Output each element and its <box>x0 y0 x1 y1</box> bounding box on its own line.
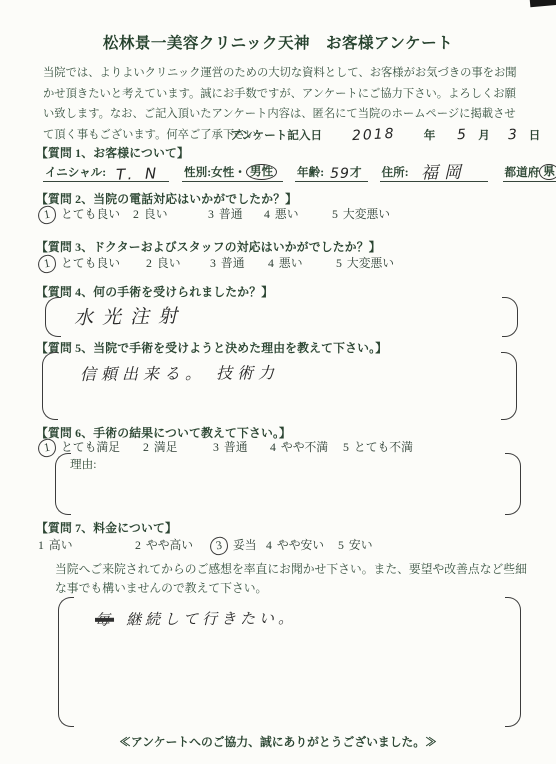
q2-option-5: 5大変悪い <box>332 205 390 222</box>
q5-answer-bracket-right <box>501 352 517 420</box>
q7-option-3: 3妥当 <box>210 536 257 555</box>
q7-option-2-label: やや高い <box>146 538 193 552</box>
thank-you-footer: ≪アンケートへのご協力、誠にありがとうございました。≫ <box>0 733 556 750</box>
q5-answer-handwritten: 信頼出来る。 技術力 <box>80 360 279 385</box>
age-label: 年齢: <box>297 164 324 180</box>
address-label: 住所: <box>382 164 409 180</box>
q7-option-4-num: 4 <box>266 538 272 552</box>
q6-reason-bracket-right <box>505 453 521 515</box>
q3-option-2: 2良い <box>146 254 181 271</box>
q3-selection-circle-mark: 1 <box>37 254 58 275</box>
age-handwritten: 59 <box>330 169 350 180</box>
q2-option-1-label: とても良い <box>61 207 120 221</box>
q7-option-5-label: 安い <box>349 538 373 552</box>
q3-option-1-label: とても良い <box>61 256 120 270</box>
q4-heading: 【質問 4、何の手術を受けられましたか？】 <box>36 283 273 300</box>
q4-answer-handwritten: 水光注射 <box>74 301 186 330</box>
q7-options-row: 1高い 2やや高い 3妥当 4やや安い 5安い <box>38 536 543 556</box>
q1-answer-line: イニシャル: T. N 性別:女性・ 男性 年齢: 59 才 住所: 福岡 都道… <box>43 158 556 182</box>
address-handwritten: 福岡 <box>420 167 466 181</box>
q2-option-5-label: 大変悪い <box>343 207 390 221</box>
q3-options-row: 1とても良い 2良い 3普通 4悪い 5大変悪い <box>38 254 543 274</box>
address-field: 住所: 福岡 <box>380 164 488 182</box>
q3-option-1: 1とても良い <box>38 254 120 273</box>
q3-option-2-label: 良い <box>157 256 181 270</box>
initials-label: イニシャル: <box>45 164 106 180</box>
scanned-survey-form: 松林景一美容クリニック天神 お客様アンケート 当院では、よりよいクリニック運営の… <box>0 0 556 764</box>
q3-option-2-num: 2 <box>146 256 152 270</box>
q3-option-4-num: 4 <box>268 256 274 270</box>
q6-option-2: 2満足 <box>143 438 178 455</box>
comments-answer-handwritten: 毎継続して行きたい。 <box>95 607 297 630</box>
q3-option-3: 3普通 <box>210 254 245 271</box>
q6-selection-circle-mark: 1 <box>37 438 58 459</box>
date-year-handwritten: 2018 <box>352 128 396 142</box>
q6-option-5-label: とても不満 <box>354 440 413 454</box>
q6-option-3-label: 普通 <box>224 440 248 454</box>
q6-option-1: 1とても満足 <box>38 438 120 457</box>
comments-answer-text: 継続して行きたい。 <box>126 609 297 628</box>
date-month-unit: 月 <box>478 127 490 143</box>
q2-option-2-label: 良い <box>144 207 168 221</box>
q3-option-3-label: 普通 <box>221 256 245 270</box>
q2-option-4: 4悪い <box>264 205 299 222</box>
age-field: 年齢: 59 才 <box>295 164 368 182</box>
form-title: 松林景一美容クリニック天神 お客様アンケート <box>0 31 556 53</box>
q7-option-1-num: 1 <box>38 538 44 552</box>
q3-option-5: 5大変悪い <box>336 254 394 271</box>
q3-option-3-num: 3 <box>210 256 216 270</box>
q7-option-2-num: 2 <box>135 538 141 552</box>
date-label: アンケート記入日 <box>230 127 322 143</box>
q4-answer-bracket-right <box>502 297 518 337</box>
q2-option-4-num: 4 <box>264 207 270 221</box>
q2-option-2: 2良い <box>133 205 168 222</box>
q2-selection-circle-mark: 1 <box>37 205 58 226</box>
gender-selection-circle-mark: 男性 <box>246 164 277 180</box>
q2-option-3-num: 3 <box>208 207 214 221</box>
comments-prompt: 当院へご来院されてからのご感想を率直にお聞かせ下さい。また、要望や改善点など些細… <box>55 560 527 598</box>
q3-heading: 【質問 3、ドクターおよびスタッフの対応はいかがでしたか？】 <box>36 238 381 255</box>
q6-option-3-num: 3 <box>213 440 219 454</box>
prefecture-selection-circle-mark: 県 <box>539 164 556 180</box>
q6-option-2-num: 2 <box>143 440 149 454</box>
q2-option-4-label: 悪い <box>275 207 299 221</box>
q2-option-5-num: 5 <box>332 207 338 221</box>
q2-options-row: 1とても良い 2良い 3普通 4悪い 5大変悪い <box>38 205 543 225</box>
q3-option-5-label: 大変悪い <box>347 256 394 270</box>
crossed-out-character: 毎 <box>95 611 114 629</box>
q6-options-row: 1とても満足 2満足 3普通 4やや不満 5とても不満 <box>38 438 543 458</box>
q3-option-4: 4悪い <box>268 254 303 271</box>
initials-handwritten: T. N <box>116 167 161 181</box>
initials-field: イニシャル: T. N <box>43 164 169 182</box>
q6-option-4-num: 4 <box>270 440 276 454</box>
q7-option-4: 4やや安い <box>266 536 324 553</box>
q7-option-3-label: 妥当 <box>233 538 257 552</box>
q6-option-4-label: やや不満 <box>281 440 328 454</box>
scan-corner-artifact <box>530 0 556 7</box>
q7-option-2: 2やや高い <box>135 536 193 553</box>
prefecture-field: 都道府 県 <box>503 164 556 182</box>
age-unit: 才 <box>350 164 362 180</box>
date-day-unit: 日 <box>529 127 541 143</box>
q7-option-1: 1高い <box>38 536 73 553</box>
q7-option-5-num: 5 <box>338 538 344 552</box>
q4-answer-bracket-left <box>45 297 61 337</box>
q7-selection-circle-mark: 3 <box>209 536 230 557</box>
date-month-handwritten: 5 <box>457 129 469 142</box>
q7-option-5: 5安い <box>338 536 373 553</box>
q2-option-3: 3普通 <box>208 205 243 222</box>
q6-option-2-label: 満足 <box>154 440 178 454</box>
q7-heading: 【質問 7、料金について】 <box>36 519 177 536</box>
survey-date-line: アンケート記入日 2018 年 5 月 3 日 <box>230 127 540 143</box>
q6-option-4: 4やや不満 <box>270 438 328 455</box>
q6-reason-bracket-left <box>55 453 71 515</box>
q6-option-5: 5とても不満 <box>343 438 413 455</box>
prefecture-label: 都道府 <box>505 164 540 180</box>
q2-option-3-label: 普通 <box>219 207 243 221</box>
q2-option-2-num: 2 <box>133 207 139 221</box>
date-year-unit: 年 <box>424 127 436 143</box>
q7-option-4-label: やや安い <box>277 538 324 552</box>
q6-option-3: 3普通 <box>213 438 248 455</box>
q6-reason-label: 理由: <box>70 456 96 472</box>
q3-option-4-label: 悪い <box>279 256 303 270</box>
q5-answer-bracket-left <box>42 352 58 420</box>
q3-option-5-num: 5 <box>336 256 342 270</box>
q6-option-5-num: 5 <box>343 440 349 454</box>
gender-label: 性別:女性・ <box>184 164 246 180</box>
q2-option-1: 1とても良い <box>38 205 120 224</box>
gender-field: 性別:女性・ 男性 <box>182 164 283 182</box>
comments-bracket-right <box>505 597 521 727</box>
q7-option-1-label: 高い <box>49 538 73 552</box>
q6-option-1-label: とても満足 <box>61 440 120 454</box>
q5-heading: 【質問 5、当院で手術を受けようと決めた理由を教えて下さい。】 <box>36 339 387 356</box>
date-day-handwritten: 3 <box>508 129 520 142</box>
comments-bracket-left <box>58 597 74 727</box>
